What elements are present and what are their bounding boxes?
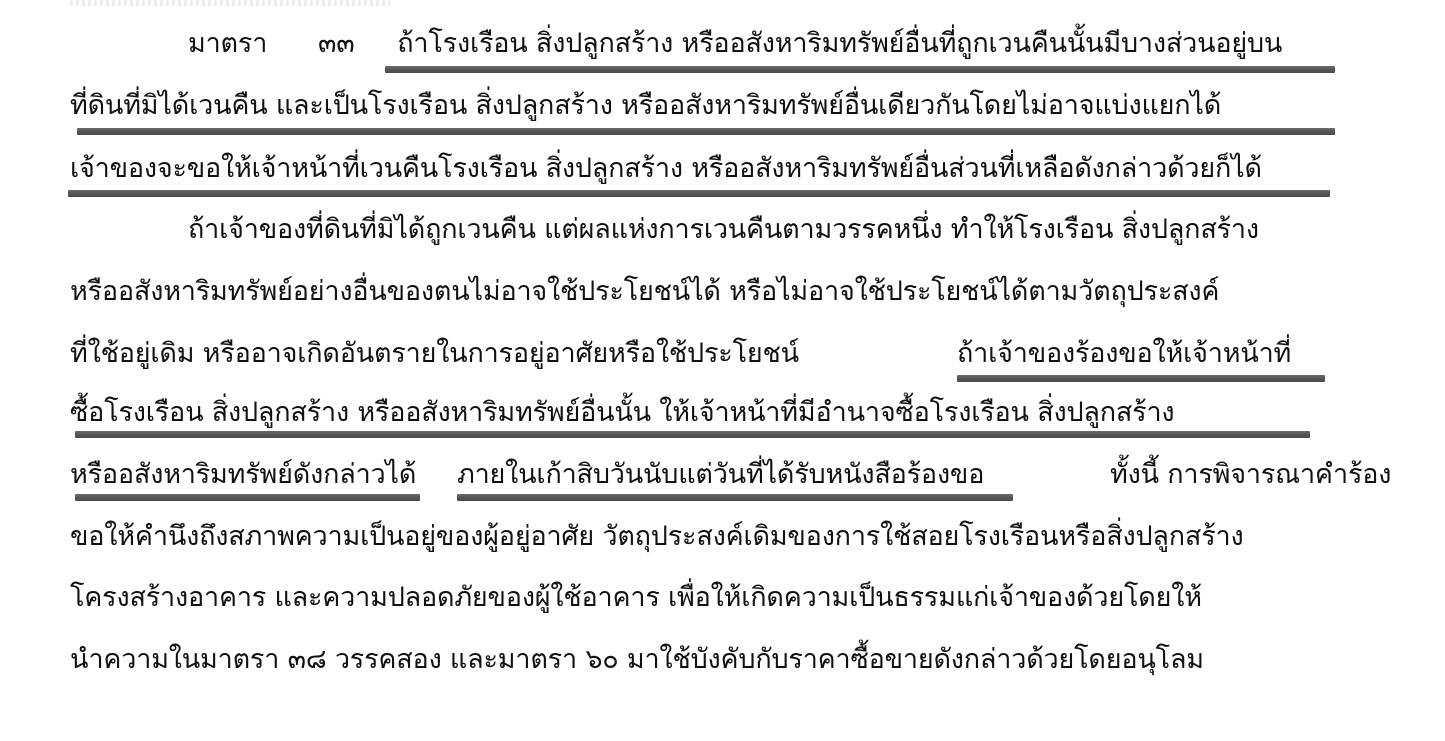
text-line-6: ที่ใช้อยู่เดิม หรืออาจเกิดอันตรายในการอย…: [70, 334, 1340, 374]
text-line-1: มาตรา ๓๓ ถ้าโรงเรือน สิ่งปลูกสร้าง หรืออ…: [188, 24, 1340, 64]
emphasis-underline: [385, 66, 1335, 73]
faint-header-text: [70, 0, 390, 6]
paragraph-text: นำความในมาตรา ๓๘ วรรคสอง และมาตรา ๖๐ มาใ…: [70, 644, 1204, 675]
text-line-2: ที่ดินที่มิได้เวนคืน และเป็นโรงเรือน สิ่…: [70, 86, 1340, 126]
text-line-4: ถ้าเจ้าของที่ดินที่มิได้ถูกเวนคืน แต่ผลแ…: [188, 210, 1340, 250]
underlined-text: ภายในเก้าสิบวันนับแต่วันที่ได้รับหนังสือ…: [457, 455, 984, 495]
text-line-7: ซื้อโรงเรือน สิ่งปลูกสร้าง หรืออสังหาริม…: [70, 393, 1340, 433]
emphasis-underline: [75, 431, 1310, 438]
document-page: มาตรา ๓๓ ถ้าโรงเรือน สิ่งปลูกสร้าง หรืออ…: [0, 0, 1445, 741]
emphasis-underline: [957, 375, 1325, 382]
underlined-text: ถ้าโรงเรือน สิ่งปลูกสร้าง หรืออสังหาริมท…: [397, 28, 1282, 59]
emphasis-underline: [68, 190, 1330, 197]
text-line-5: หรืออสังหาริมทรัพย์อย่างอื่นของตนไม่อาจใ…: [70, 272, 1340, 312]
paragraph-text: ที่ใช้อยู่เดิม หรืออาจเกิดอันตรายในการอย…: [70, 338, 799, 369]
paragraph-text: ขอให้คำนึงถึงสภาพความเป็นอยู่ของผู้อยู่อ…: [70, 521, 1243, 552]
underlined-text: ที่ดินที่มิได้เวนคืน และเป็นโรงเรือน สิ่…: [70, 90, 1221, 121]
underlined-text: ถ้าเจ้าของร้องขอให้เจ้าหน้าที่: [957, 334, 1291, 374]
underlined-text: หรืออสังหาริมทรัพย์ดังกล่าวได้: [70, 459, 416, 490]
text-line-11: นำความในมาตรา ๓๘ วรรคสอง และมาตรา ๖๐ มาใ…: [70, 640, 1340, 680]
text-line-9: ขอให้คำนึงถึงสภาพความเป็นอยู่ของผู้อยู่อ…: [70, 517, 1340, 557]
emphasis-underline: [75, 494, 420, 501]
paragraph-text: หรืออสังหาริมทรัพย์อย่างอื่นของตนไม่อาจใ…: [70, 276, 1219, 307]
section-label: มาตรา: [188, 28, 267, 59]
text-line-8: หรืออสังหาริมทรัพย์ดังกล่าวได้ ภายในเก้า…: [70, 455, 1340, 495]
section-number: ๓๓: [318, 28, 355, 59]
emphasis-underline: [77, 128, 1335, 135]
text-line-10: โครงสร้างอาคาร และความปลอดภัยของผู้ใช้อา…: [70, 578, 1340, 618]
paragraph-text: โครงสร้างอาคาร และความปลอดภัยของผู้ใช้อา…: [70, 582, 1202, 613]
underlined-text: เจ้าของจะขอให้เจ้าหน้าที่เวนคืนโรงเรือน …: [70, 153, 1262, 184]
text-line-3: เจ้าของจะขอให้เจ้าหน้าที่เวนคืนโรงเรือน …: [70, 149, 1340, 189]
paragraph-text: ทั้งนี้ การพิจารณาคำร้อง: [1110, 455, 1391, 495]
paragraph-text: ถ้าเจ้าของที่ดินที่มิได้ถูกเวนคืน แต่ผลแ…: [188, 214, 1259, 245]
underlined-text: ซื้อโรงเรือน สิ่งปลูกสร้าง หรืออสังหาริม…: [70, 397, 1174, 428]
emphasis-underline: [457, 494, 1013, 501]
